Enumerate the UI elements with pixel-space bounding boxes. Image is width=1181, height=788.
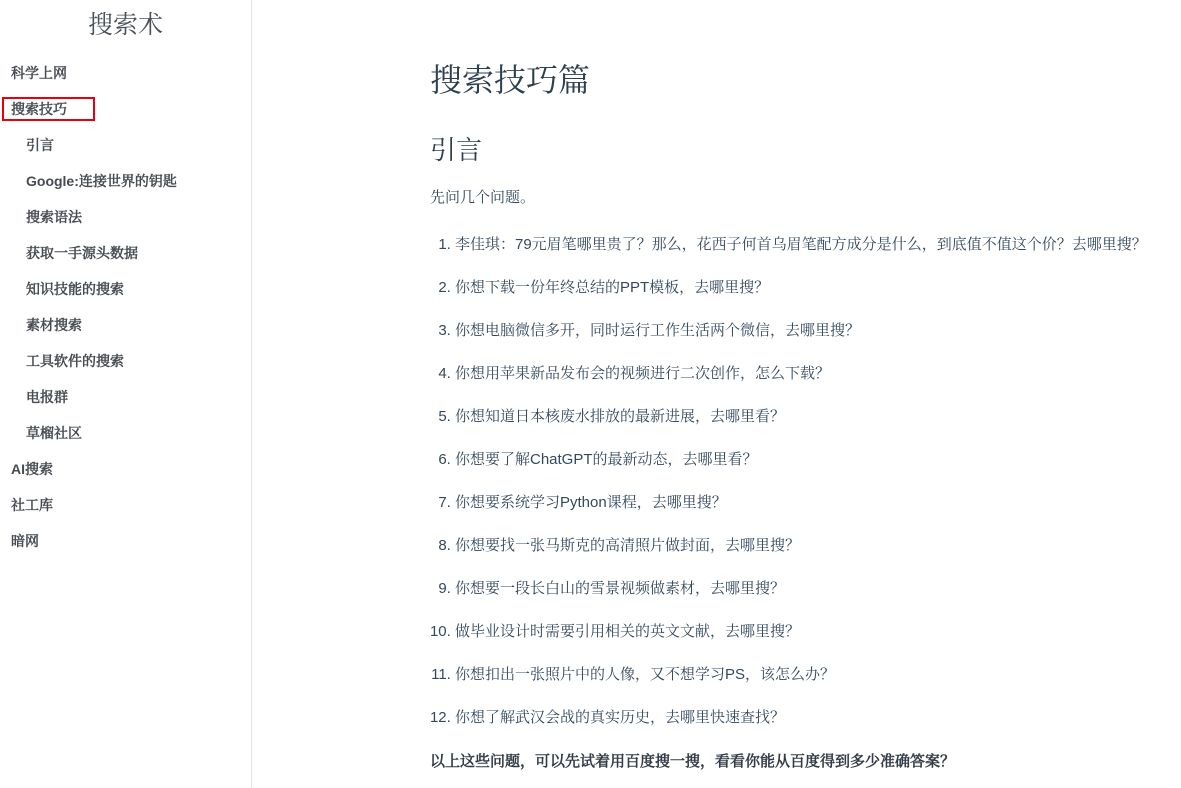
questions-list: 李佳琪：79元眉笔哪里贵了？那么，花西子何首乌眉笔配方成分是什么，到底值不值这个… <box>430 236 1151 727</box>
question-item: 你想用苹果新品发布会的视频进行二次创作，怎么下载？ <box>455 365 1151 383</box>
sidebar-item[interactable]: 暗网 <box>0 523 251 559</box>
question-item: 你想电脑微信多开，同时运行工作生活两个微信，去哪里搜？ <box>455 322 1151 340</box>
question-item: 你想扣出一张照片中的人像，又不想学习PS，该怎么办？ <box>455 666 1151 684</box>
sidebar-item[interactable]: 社工库 <box>0 487 251 523</box>
section-heading-intro: 引言 <box>430 135 1151 165</box>
question-item: 你想要找一张马斯克的高清照片做封面，去哪里搜？ <box>455 537 1151 555</box>
closing-remark: 以上这些问题，可以先试着用百度搜一搜，看看你能从百度得到多少准确答案？ <box>430 752 1151 771</box>
question-item: 你想下载一份年终总结的PPT模板，去哪里搜？ <box>455 279 1151 297</box>
sidebar-item-label: 搜索语法 <box>26 207 82 227</box>
sidebar-item-label: AI搜索 <box>11 459 53 479</box>
sidebar-item-label: 暗网 <box>11 531 39 551</box>
question-item: 做毕业设计时需要引用相关的英文文献，去哪里搜？ <box>455 623 1151 641</box>
sidebar-item[interactable]: 草榴社区 <box>0 415 251 451</box>
sidebar-item[interactable]: 知识技能的搜索 <box>0 271 251 307</box>
sidebar-item[interactable]: 引言 <box>0 127 251 163</box>
sidebar-item[interactable]: 搜索语法 <box>0 199 251 235</box>
sidebar-item-label: 工具软件的搜索 <box>26 351 124 371</box>
sidebar-item[interactable]: 工具软件的搜索 <box>0 343 251 379</box>
sidebar: 搜索术 科学上网 搜索技巧 引言 Google:连接世界的钥匙 <box>0 0 252 788</box>
sidebar-item-label: 知识技能的搜索 <box>26 279 124 299</box>
sidebar-item[interactable]: 获取一手源头数据 <box>0 235 251 271</box>
question-item: 你想要一段长白山的雪景视频做素材，去哪里搜？ <box>455 580 1151 598</box>
page-title: 搜索技巧篇 <box>430 63 1151 97</box>
sidebar-item-label: 搜索技巧 <box>11 99 67 119</box>
sidebar-item[interactable]: Google:连接世界的钥匙 <box>0 163 251 199</box>
question-item: 你想要了解ChatGPT的最新动态，去哪里看？ <box>455 451 1151 469</box>
sidebar-item-label: 电报群 <box>26 387 68 407</box>
question-item: 李佳琪：79元眉笔哪里贵了？那么，花西子何首乌眉笔配方成分是什么，到底值不值这个… <box>455 236 1151 254</box>
sidebar-item-label: 科学上网 <box>11 63 67 83</box>
sidebar-item-label: 社工库 <box>11 495 53 515</box>
sidebar-item-label: 草榴社区 <box>26 423 82 443</box>
content: 搜索技巧篇 引言 先问几个问题。 李佳琪：79元眉笔哪里贵了？那么，花西子何首乌… <box>252 0 1181 788</box>
page: 搜索术 科学上网 搜索技巧 引言 Google:连接世界的钥匙 <box>0 0 1181 788</box>
sidebar-nav: 科学上网 搜索技巧 引言 Google:连接世界的钥匙 搜索语法 <box>0 55 251 559</box>
sidebar-item[interactable]: 电报群 <box>0 379 251 415</box>
sidebar-item-label: 素材搜索 <box>26 315 82 335</box>
sidebar-item-label: 引言 <box>26 135 54 155</box>
sidebar-item[interactable]: 素材搜索 <box>0 307 251 343</box>
sidebar-item-label: 获取一手源头数据 <box>26 243 138 263</box>
question-item: 你想了解武汉会战的真实历史，去哪里快速查找？ <box>455 709 1151 727</box>
question-item: 你想要系统学习Python课程，去哪里搜？ <box>455 494 1151 512</box>
book-title: 搜索术 <box>0 10 251 40</box>
question-item: 你想知道日本核废水排放的最新进展，去哪里看？ <box>455 408 1151 426</box>
intro-paragraph: 先问几个问题。 <box>430 189 1151 207</box>
sidebar-item[interactable]: AI搜索 <box>0 451 251 487</box>
sidebar-item[interactable]: 搜索技巧 <box>0 91 251 127</box>
sidebar-item[interactable]: 科学上网 <box>0 55 251 91</box>
sidebar-item-label: Google:连接世界的钥匙 <box>26 171 177 191</box>
